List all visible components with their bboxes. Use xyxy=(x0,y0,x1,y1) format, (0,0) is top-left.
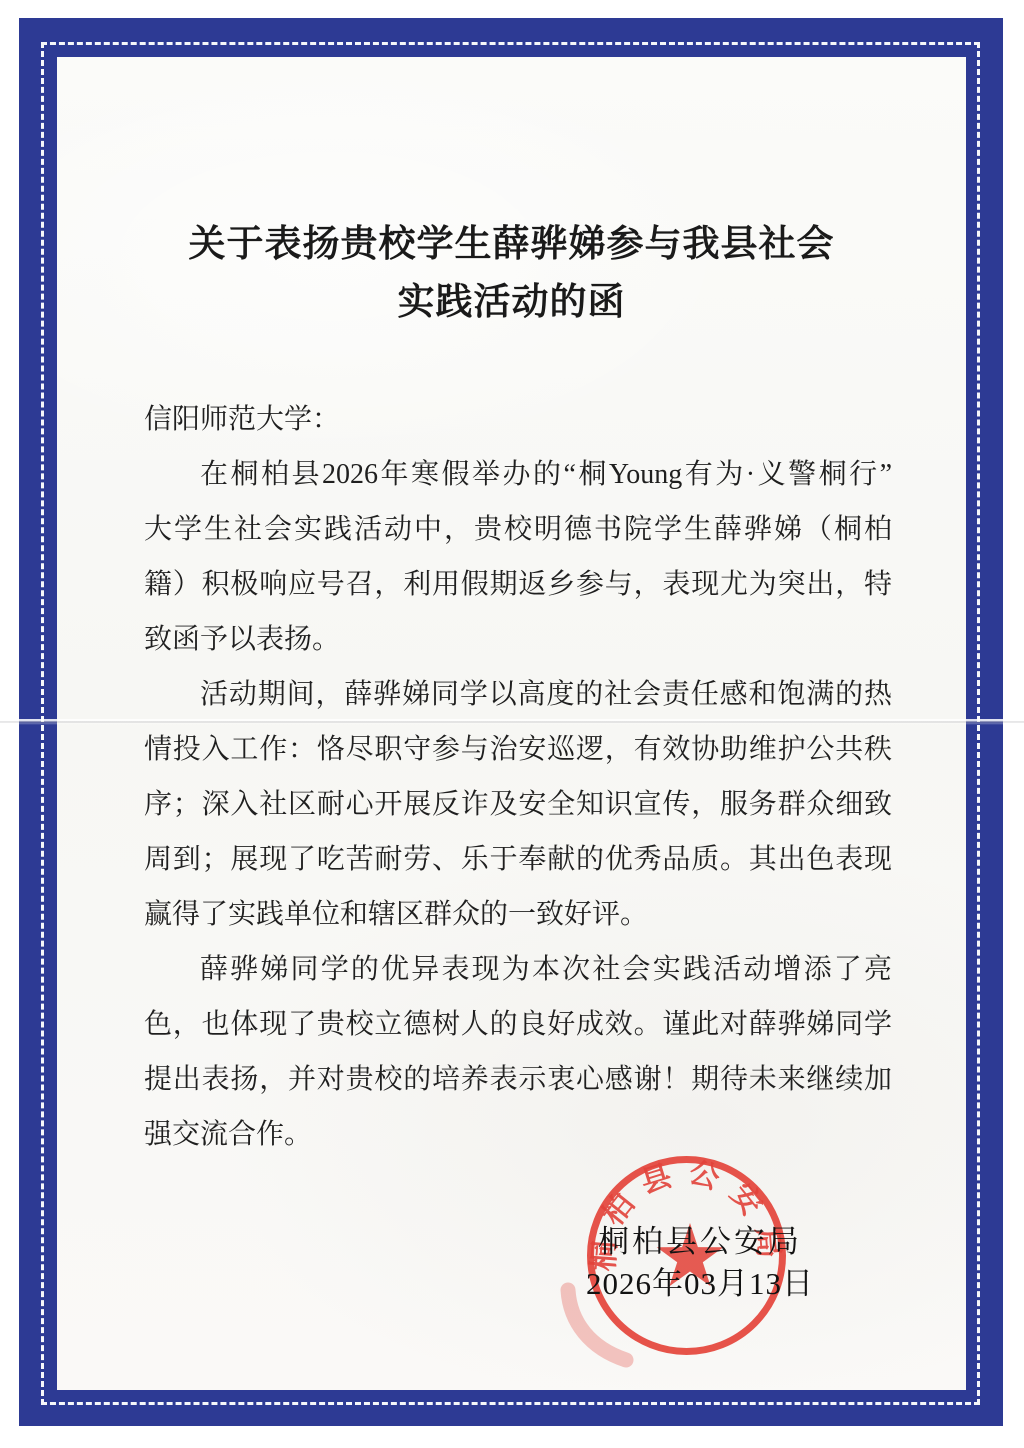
letter-body: 信阳师范大学： 在桐柏县2026年寒假举办的“桐Young有为·义警桐行” 大学… xyxy=(144,392,892,1162)
letter-title-line-2: 实践活动的函 xyxy=(57,274,966,332)
body-line: 籍）积极响应号召，利用假期返乡参与，表现尤为突出，特 xyxy=(144,557,892,612)
body-line: 赢得了实践单位和辖区群众的一致好评。 xyxy=(144,887,892,942)
signature-date: 2026年03月13日 xyxy=(560,1258,840,1303)
body-line: 在桐柏县2026年寒假举办的“桐Young有为·义警桐行” xyxy=(144,447,892,502)
body-line: 薛骅娣同学的优异表现为本次社会实践活动增添了亮 xyxy=(144,942,892,997)
body-line: 周到；展现了吃苦耐劳、乐于奉献的优秀品质。其出色表现 xyxy=(144,832,892,887)
body-line: 提出表扬，并对贵校的培养表示衷心感谢！期待未来继续加 xyxy=(144,1052,892,1107)
letter-title: 关于表扬贵校学生薛骅娣参与我县社会 实践活动的函 xyxy=(57,216,966,332)
body-line: 色，也体现了贵校立德树人的良好成效。谨此对薛骅娣同学 xyxy=(144,997,892,1052)
signature-agency-name: 桐柏县公安局 xyxy=(560,1216,840,1261)
paper-fold-crease xyxy=(0,719,1024,725)
body-line: 序；深入社区耐心开展反诈及安全知识宣传，服务群众细致 xyxy=(144,777,892,832)
body-line: 大学生社会实践活动中，贵校明德书院学生薛骅娣（桐柏 xyxy=(144,502,892,557)
recipient-line: 信阳师范大学： xyxy=(144,392,892,447)
body-line: 致函予以表扬。 xyxy=(144,612,892,667)
letter-title-line-1: 关于表扬贵校学生薛骅娣参与我县社会 xyxy=(57,216,966,274)
body-line: 情投入工作：恪尽职守参与治安巡逻，有效协助维护公共秩 xyxy=(144,722,892,777)
scanned-letter-page: { "document": { "kind": "commendation-le… xyxy=(0,0,1024,1448)
body-line: 活动期间，薛骅娣同学以高度的社会责任感和饱满的热 xyxy=(144,667,892,722)
